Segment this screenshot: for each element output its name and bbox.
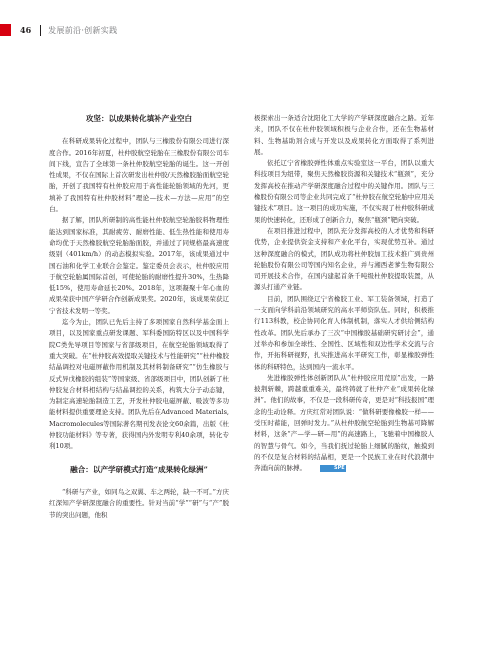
- paragraph: 据了解，团队所研制的高性能杜仲胶航空轮胎胶料物理性能达到国家标准，其耐疲劳、耐磨…: [49, 215, 229, 317]
- closing-text: 先进橡胶弹性体创新团队从“杜仲胶应用荒原”出发，一路披荆斩棘，跨越重重难关，最终…: [254, 374, 434, 472]
- paragraph: 极探索出一条适合沈阳化工大学的产学研深度融合之路。近年来，团队不仅在杜仲胶领域积…: [254, 113, 434, 158]
- end-of-article-icon: SPE: [320, 465, 346, 472]
- paragraph: “科研与产业，如同鸟之双翼、车之两轮，缺一不可。”方庆红深知产学研深度融合的重要…: [49, 487, 229, 521]
- page-number: 46: [20, 25, 31, 35]
- left-column: 攻坚：以成果转化填补产业空白 在科研成果转化过程中，团队与三橡股份有限公司进行深…: [49, 0, 229, 521]
- section-heading-2: 融合：以产学研模式打造“成果转化绿洲”: [49, 464, 229, 475]
- right-column: 极探索出一条适合沈阳化工大学的产学研深度融合之路。近年来，团队不仅在杜仲胶领域积…: [254, 113, 434, 475]
- paragraph: 依托辽宁省橡胶弹性体重点实验室这一平台，团队以重大科技项目为纽带，聚焦天然橡胶资…: [254, 158, 434, 226]
- closing-paragraph: 先进橡胶弹性体创新团队从“杜仲胶应用荒原”出发，一路披荆斩棘，跨越重重难关，最终…: [254, 373, 434, 475]
- paragraph: 目前，团队围绕辽宁省橡胶工业、军工装备领域，打造了一支面向学科前沿领域研究的高水…: [254, 294, 434, 373]
- paragraph: 在科研成果转化过程中，团队与三橡股份有限公司进行深度合作。2016年初夏，杜仲胶…: [49, 136, 229, 215]
- paragraph: 在项目推进过程中，团队充分发挥高校的人才优势和科研优势，企业提供资金支持和产业化…: [254, 226, 434, 294]
- paragraph: 迄今为止，团队已先后主持了多项国家自然科学基金面上项目，以及国家重点研发课题、军…: [49, 317, 229, 453]
- accent-mark: [0, 24, 11, 36]
- header-divider: [40, 25, 41, 36]
- section-heading-1: 攻坚：以成果转化填补产业空白: [49, 113, 229, 124]
